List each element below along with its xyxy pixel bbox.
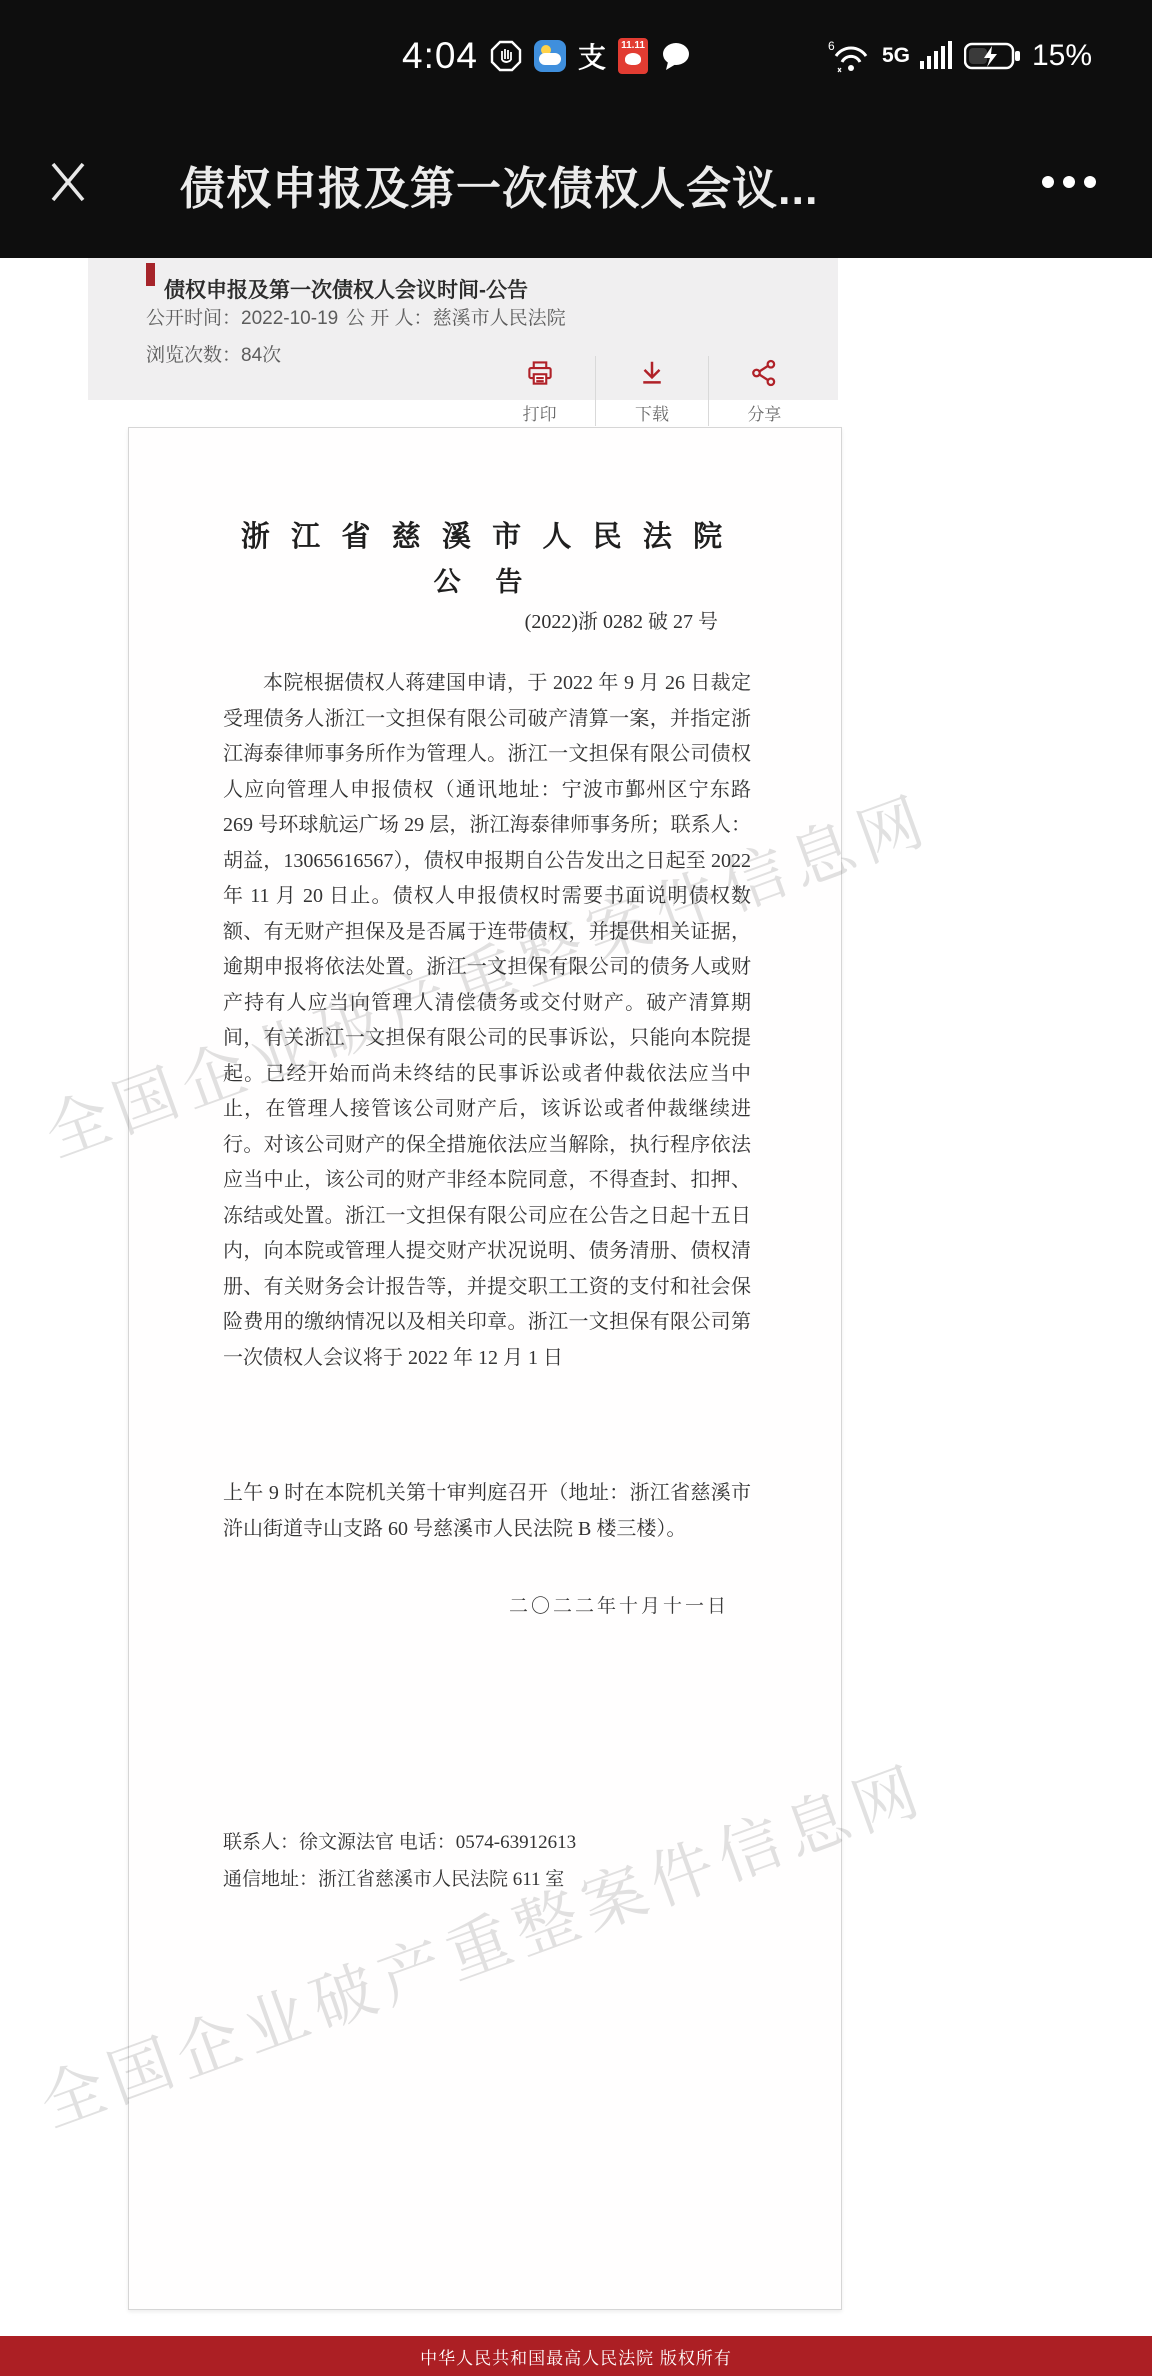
share-label: 分享 <box>747 400 781 425</box>
battery-percent: 15% <box>1032 39 1092 73</box>
page-title: 债权申报及第一次债权人会议... <box>180 152 1000 214</box>
nav-bar: 债权申报及第一次债权人会议... <box>0 132 1152 232</box>
contact-block: 联系人：徐文源法官 电话：0574-63912613 通信地址：浙江省慈溪市人民… <box>223 1824 783 1898</box>
wifi-icon: 6 <box>826 38 872 74</box>
document-date: 二〇二二年十月十一日 <box>129 1591 841 1618</box>
publish-time-value: 2022-10-19 <box>241 308 338 329</box>
download-label: 下载 <box>635 400 669 425</box>
message-bubble-icon <box>660 40 692 72</box>
download-button[interactable]: 下载 <box>596 356 707 426</box>
clock: 4:04 <box>402 35 478 77</box>
document-kind: 公 告 <box>129 560 841 599</box>
battery-charging-icon <box>964 41 1022 71</box>
publish-time-label: 公开时间： <box>146 308 241 329</box>
print-button[interactable]: 打印 <box>484 356 595 426</box>
article-title: 债权申报及第一次债权人会议时间-公告 <box>164 274 814 304</box>
alipay-icon: 支 <box>578 36 606 76</box>
close-icon[interactable] <box>42 156 94 208</box>
share-button[interactable]: 分享 <box>709 356 820 426</box>
weather-icon <box>534 40 566 72</box>
document-paragraph: 上午 9 时在本院机关第十审判庭召开（地址：浙江省慈溪市浒山街道寺山支路 60 … <box>223 1476 751 1547</box>
views-row: 浏览次数：84次 <box>146 340 281 367</box>
views-value: 84次 <box>241 345 281 366</box>
sale-1111-icon: 11.11 <box>618 38 648 74</box>
printer-icon <box>525 358 555 391</box>
screen: 4:04 支 11.11 <box>0 0 1152 2376</box>
svg-text:6: 6 <box>828 39 835 53</box>
contact-address: 通信地址：浙江省慈溪市人民法院 611 室 <box>223 1861 783 1898</box>
status-bar: 4:04 支 11.11 <box>0 30 1152 82</box>
document-paragraph: 本院根据债权人蒋建国申请，于 2022 年 9 月 26 日裁定受理债务人浙江一… <box>223 666 751 1376</box>
contact-person: 联系人：徐文源法官 电话：0574-63912613 <box>223 1824 783 1861</box>
title-marker <box>146 263 155 286</box>
views-label: 浏览次数： <box>146 345 241 366</box>
publisher-label: 公 开 人： <box>346 308 433 329</box>
court-name: 浙 江 省 慈 溪 市 人 民 法 院 <box>129 514 841 555</box>
network-type: 5G <box>882 44 910 68</box>
share-icon <box>749 358 779 391</box>
document-toolbar: 打印 下载 分享 <box>484 356 820 426</box>
case-number: (2022)浙 0282 破 27 号 <box>129 605 841 634</box>
android-header: 4:04 支 11.11 <box>0 0 1152 258</box>
publisher-value: 慈溪市人民法院 <box>433 308 566 329</box>
download-icon <box>637 358 667 391</box>
hand-blocked-icon <box>490 40 522 72</box>
document-page: 全国企业破产重整案件信息网 全国企业破产重整案件信息网 浙 江 省 慈 溪 市 … <box>128 427 842 2310</box>
copyright-text: 中华人民共和国最高人民法院 版权所有 <box>420 2344 732 2369</box>
more-menu-icon[interactable] <box>1034 168 1104 196</box>
article-meta-row: 公开时间：2022-10-19 公 开 人：慈溪市人民法院 <box>146 303 338 330</box>
site-footer: 中华人民共和国最高人民法院 版权所有 <box>0 2336 1152 2376</box>
watermark-text: 全国企业破产重整案件信息网 <box>0 1728 967 2156</box>
print-label: 打印 <box>523 400 557 425</box>
signal-bars-icon <box>920 41 954 71</box>
